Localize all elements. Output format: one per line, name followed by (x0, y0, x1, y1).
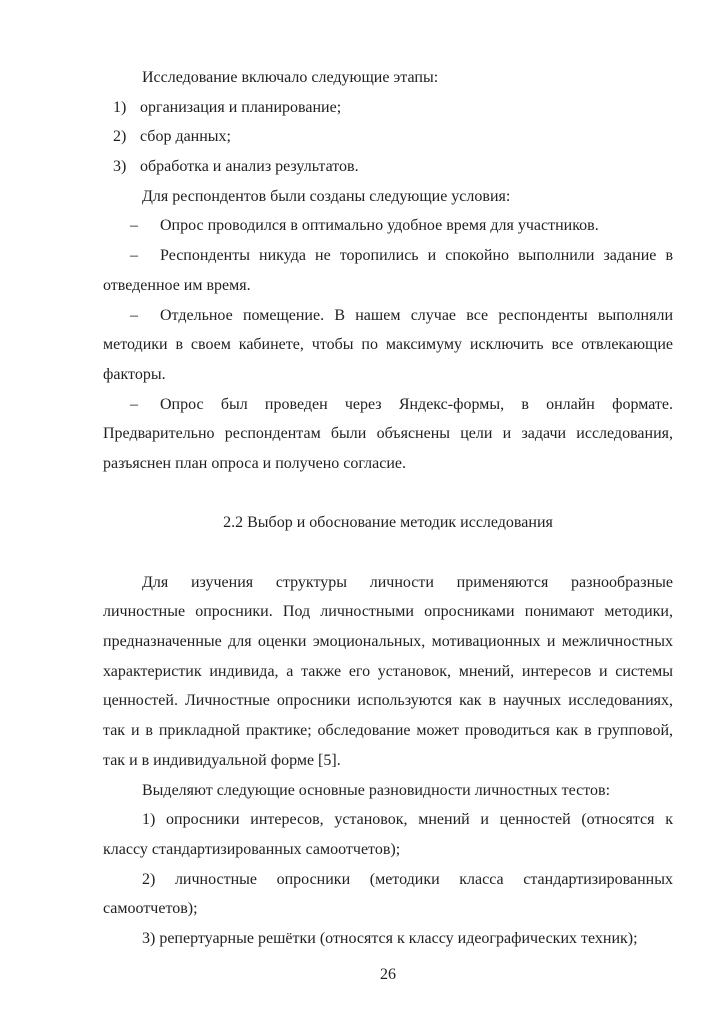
condition-line: –Опрос проводился в оптимально удобное в… (103, 211, 673, 241)
condition-text: Отдельное помещение. В нашем случае все … (160, 307, 673, 324)
condition-text: Опрос был проведен через Яндекс-формы, в… (160, 396, 673, 413)
spacer-line (103, 479, 673, 509)
page-body-text: Исследование включало следующие этапы: 1… (103, 63, 673, 954)
stage-item: 2)сбор данных; (103, 122, 673, 152)
list-number-marker: 2) (113, 122, 140, 152)
paragraph-line: характеристик индивида, а также его уста… (103, 657, 673, 687)
stage-item-text: обработка и анализ результатов. (140, 158, 359, 175)
varieties-intro-line: Выделяют следующие основные разновидност… (103, 776, 673, 806)
condition-line: –Респонденты никуда не торопились и спок… (103, 241, 673, 271)
variety-line: 1) опросники интересов, установок, мнени… (103, 805, 673, 835)
list-number-marker: 3) (113, 152, 140, 182)
dash-bullet-marker: – (130, 241, 160, 271)
paragraph-line: личностные опросники. Под личностными оп… (103, 597, 673, 627)
variety-continuation-line: самоотчетов); (103, 894, 673, 924)
variety-line: 3) репертуарные решётки (относятся к кла… (103, 924, 673, 954)
condition-line: –Отдельное помещение. В нашем случае все… (103, 301, 673, 331)
condition-continuation-line: отведенное им время. (103, 271, 673, 301)
condition-continuation-line: факторы. (103, 360, 673, 390)
stage-item-text: организация и планирование; (140, 99, 341, 116)
dash-bullet-marker: – (130, 301, 160, 331)
stage-item: 3)обработка и анализ результатов. (103, 152, 673, 182)
paragraph-line: предназначенные для оценки эмоциональных… (103, 627, 673, 657)
paragraph-line: ценностей. Личностные опросники использу… (103, 686, 673, 716)
paragraph-line: так и в индивидуальной форме [5]. (103, 746, 673, 776)
document-page: Исследование включало следующие этапы: 1… (0, 0, 725, 1024)
conditions-intro-line: Для респондентов были созданы следующие … (103, 182, 673, 212)
condition-continuation-line: методики в своем кабинете, чтобы по макс… (103, 330, 673, 360)
paragraph-line: Для изучения структуры личности применяю… (103, 568, 673, 598)
dash-bullet-marker: – (130, 390, 160, 420)
stage-item: 1)организация и планирование; (103, 93, 673, 123)
stages-intro-line: Исследование включало следующие этапы: (103, 63, 673, 93)
variety-line: 2) личностные опросники (методики класса… (103, 865, 673, 895)
condition-line: –Опрос был проведен через Яндекс-формы, … (103, 390, 673, 420)
paragraph-line: так и в прикладной практике; обследовани… (103, 716, 673, 746)
section-heading: 2.2 Выбор и обоснование методик исследов… (103, 508, 673, 538)
condition-text: Опрос проводился в оптимально удобное вр… (160, 217, 599, 234)
variety-continuation-line: классу стандартизированных самоотчетов); (103, 835, 673, 865)
dash-bullet-marker: – (130, 211, 160, 241)
stage-item-text: сбор данных; (140, 128, 231, 145)
condition-continuation-line: разъяснен план опроса и получено согласи… (103, 449, 673, 479)
condition-continuation-line: Предварительно респондентам были объясне… (103, 419, 673, 449)
page-number: 26 (103, 960, 673, 990)
condition-text: Респонденты никуда не торопились и споко… (160, 247, 673, 264)
list-number-marker: 1) (113, 93, 140, 123)
spacer-line (103, 538, 673, 568)
